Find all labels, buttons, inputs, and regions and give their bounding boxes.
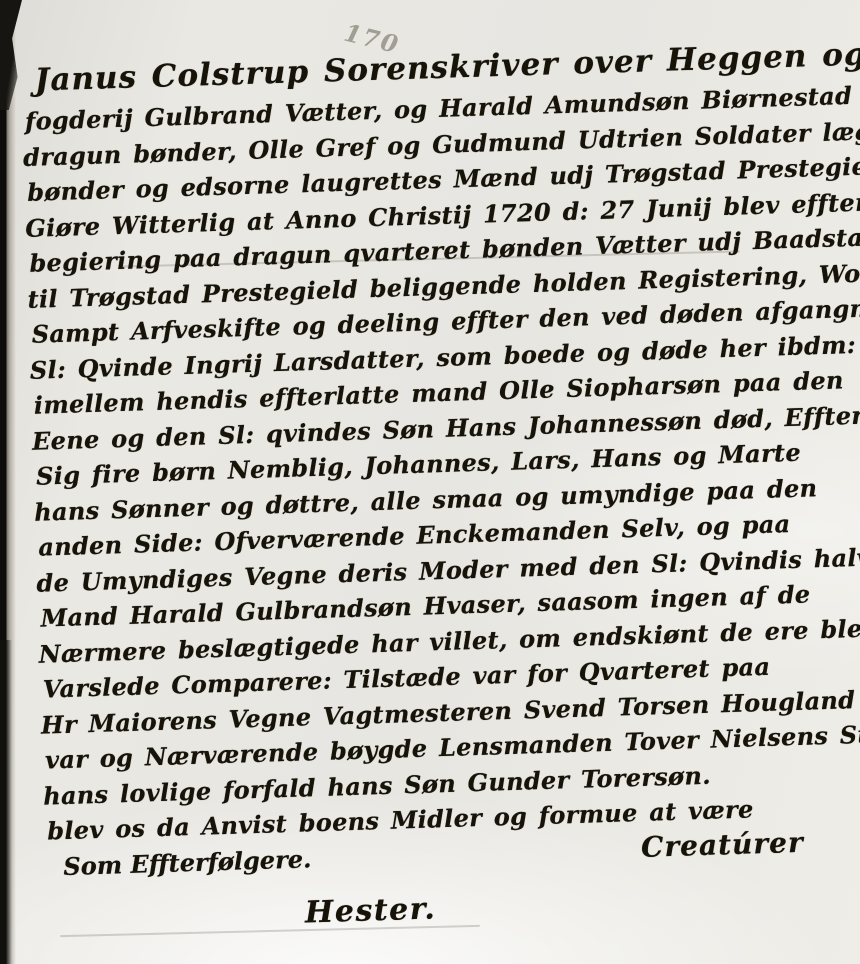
list-item-hester: Hester. [304,875,860,930]
binding-edge-top-blotch [0,0,22,110]
manuscript-scan: 170 Janus Colstrup Sorenskriver over Heg… [0,0,860,964]
binding-edge-bottom-blotch [0,640,12,964]
manuscript-text-block: Janus Colstrup Sorenskriver over Heggen … [20,30,860,938]
section-heading-creaturer: Creatúrer [641,825,805,863]
closing-phrase: Som Effterfølgere. [63,844,312,881]
